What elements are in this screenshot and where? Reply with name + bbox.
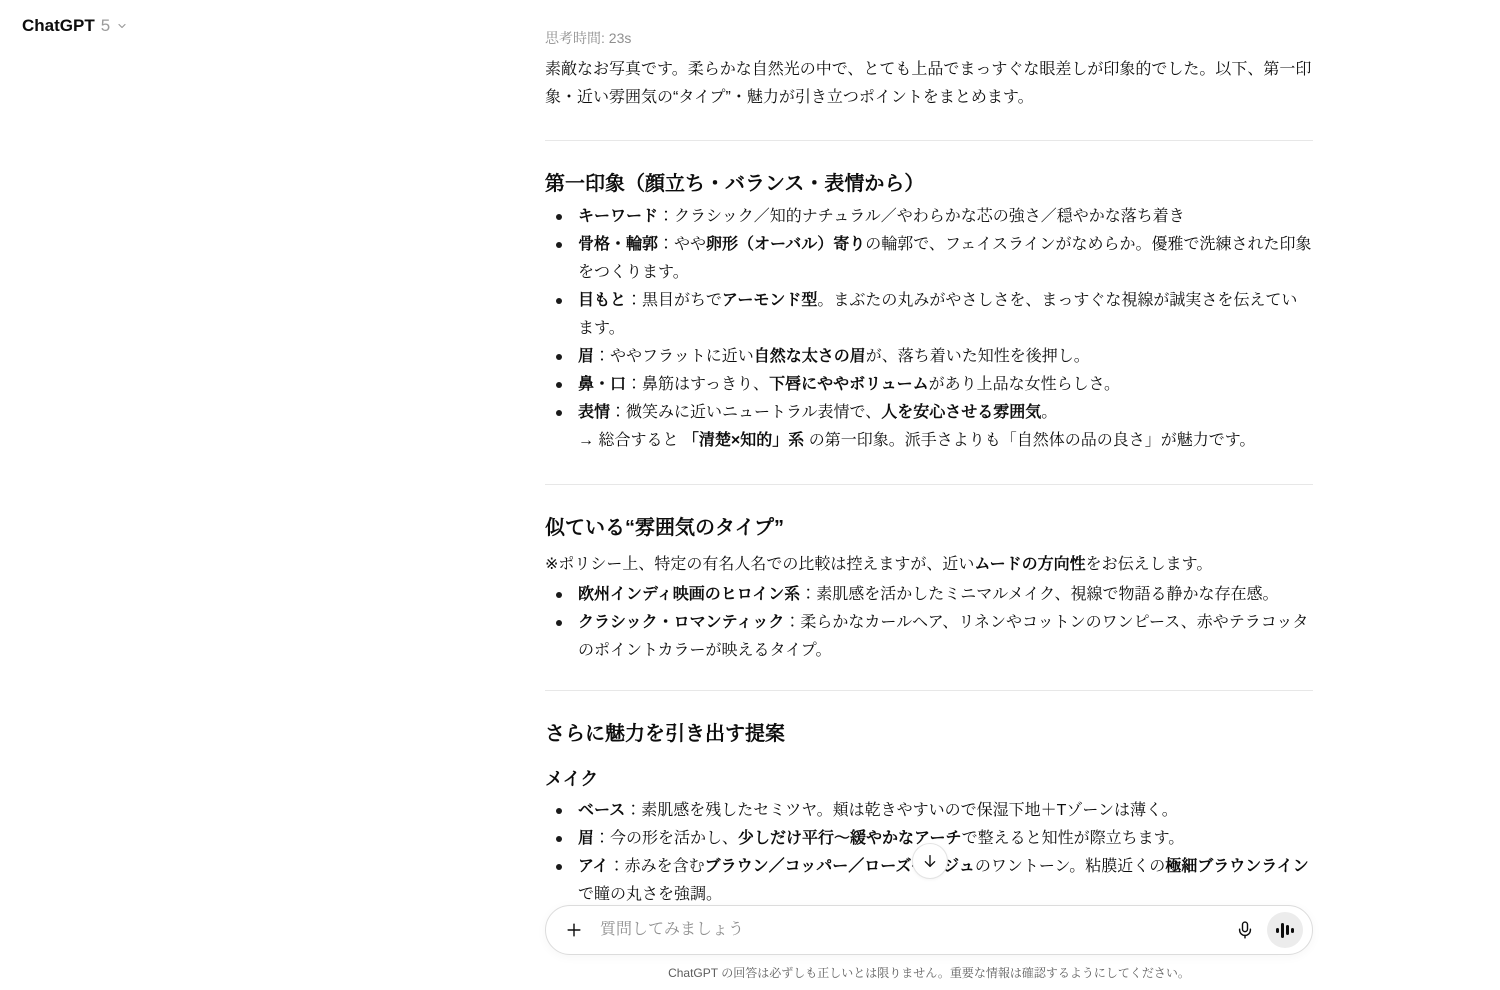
voice-mode-button[interactable]	[1267, 912, 1303, 948]
divider	[545, 690, 1313, 691]
dictate-button[interactable]	[1227, 912, 1263, 948]
section-title-similar-type: 似ている“雰囲気のタイプ”	[545, 513, 1313, 543]
list-item: 鼻・口：鼻筋はすっきり、下唇にややボリュームがあり上品な女性らしさ。	[545, 371, 1313, 399]
scroll-to-bottom-button[interactable]	[912, 843, 948, 879]
model-version: 5	[101, 16, 110, 36]
model-switcher[interactable]: ChatGPT 5	[16, 12, 134, 40]
assistant-message: 思考時間: 23s 素敵なお写真です。柔らかな自然光の中で、とても上品でまっすぐ…	[545, 0, 1313, 909]
list-item: 目もと：黒目がちでアーモンド型。まぶたの丸みがやさしさを、まっすぐな視線が誠実さ…	[545, 287, 1313, 343]
list-item: 表情：微笑みに近いニュートラル表情で、人を安心させる雰囲気。 → 総合すると 「…	[545, 399, 1313, 455]
conclusion-line: → 総合すると 「清楚×知的」系 の第一印象。派手さよりも「自然体の品の良さ」が…	[578, 427, 1313, 455]
list-item: クラシック・ロマンティック：柔らかなカールヘア、リネンやコットンのワンピース、赤…	[545, 609, 1313, 665]
attach-button[interactable]	[556, 912, 592, 948]
app-name: ChatGPT	[22, 16, 95, 36]
first-impression-list: キーワード：クラシック／知的ナチュラル／やわらかな芯の強さ／穏やかな落ち着き 骨…	[545, 203, 1313, 455]
section-title-first-impression: 第一印象（顔立ち・バランス・表情から）	[545, 169, 1313, 199]
thinking-duration: 思考時間: 23s	[545, 28, 1313, 48]
voice-waveform-icon	[1276, 923, 1294, 938]
message-input[interactable]	[600, 921, 1227, 939]
disclaimer: ChatGPT の回答は必ずしも正しいとは限りません。重要な情報は確認するように…	[545, 965, 1313, 981]
list-item: ベース：素肌感を残したセミツヤ。頬は乾きやすいので保湿下地＋Tゾーンは薄く。	[545, 797, 1313, 825]
list-item: 欧州インディ映画のヒロイン系：素肌感を活かしたミニマルメイク、視線で物語る静かな…	[545, 581, 1313, 609]
plus-icon	[564, 920, 584, 940]
composer[interactable]	[545, 905, 1313, 955]
policy-note: ※ポリシー上、特定の有名人名での比較は控えますが、近いムードの方向性をお伝えしま…	[545, 551, 1313, 579]
chevron-down-icon	[116, 20, 128, 32]
divider	[545, 484, 1313, 485]
divider	[545, 140, 1313, 141]
intro-paragraph: 素敵なお写真です。柔らかな自然光の中で、とても上品でまっすぐな眼差しが印象的でし…	[545, 56, 1313, 112]
list-item: 眉：ややフラットに近い自然な太さの眉が、落ち着いた知性を後押し。	[545, 343, 1313, 371]
arrow-down-icon	[922, 853, 938, 869]
subsection-title-makeup: メイク	[545, 765, 1313, 793]
microphone-icon	[1235, 920, 1255, 940]
similar-type-list: 欧州インディ映画のヒロイン系：素肌感を活かしたミニマルメイク、視線で物語る静かな…	[545, 581, 1313, 665]
list-item: 骨格・輪郭：やや卵形（オーバル）寄りの輪郭で、フェイスラインがなめらか。優雅で洗…	[545, 231, 1313, 287]
section-title-suggestions: さらに魅力を引き出す提案	[545, 719, 1313, 749]
list-item: キーワード：クラシック／知的ナチュラル／やわらかな芯の強さ／穏やかな落ち着き	[545, 203, 1313, 231]
